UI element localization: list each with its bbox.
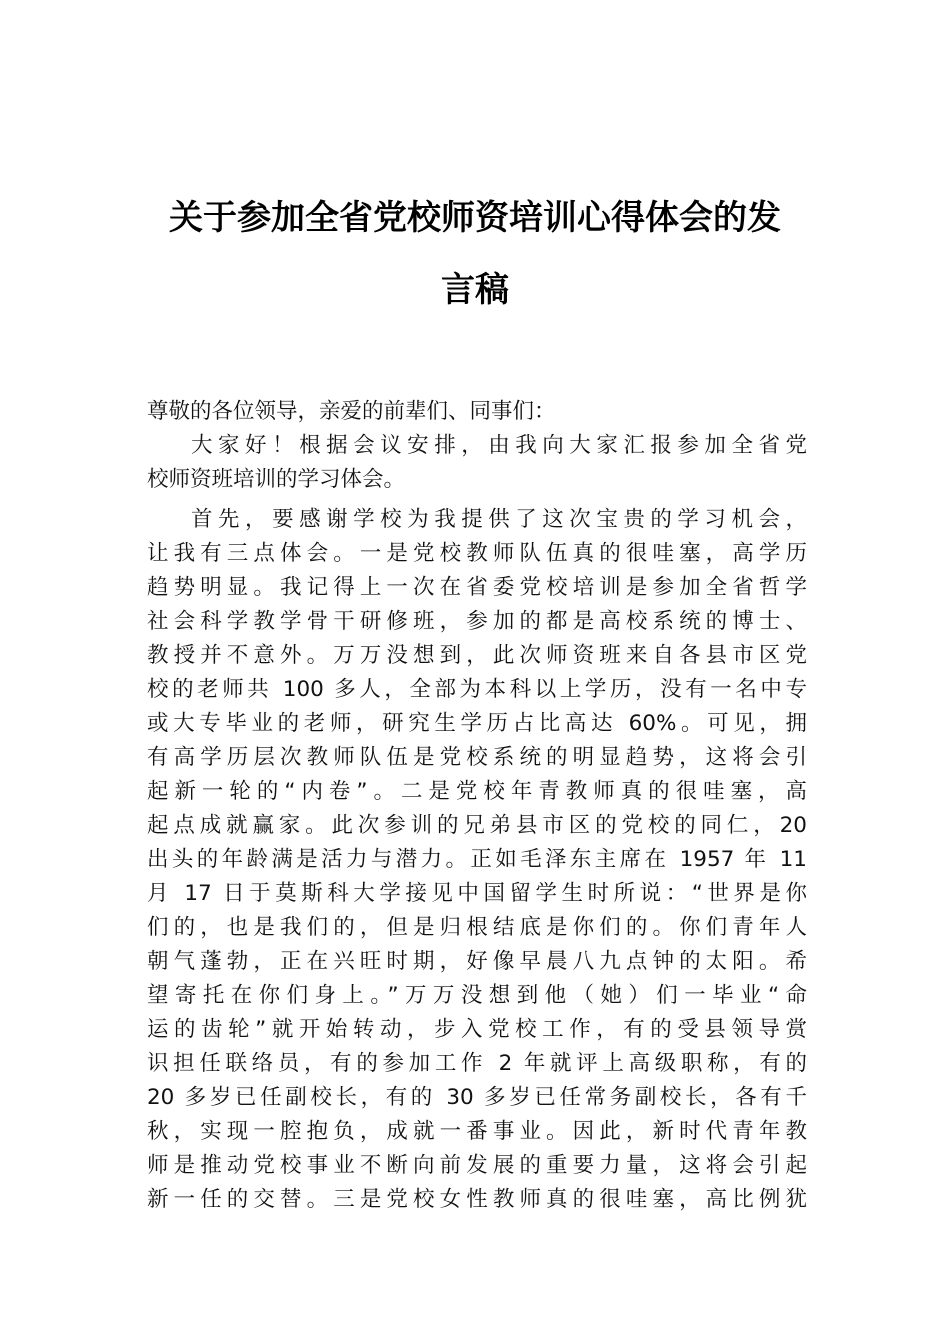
paragraph-2-line-16: 运的齿轮”就开始转动，步入党校工作，有的受县领导赏 xyxy=(147,1015,807,1045)
paragraph-2-line-7: 或大专毕业的老师，研究生学历占比高达 60%。可见，拥 xyxy=(147,709,807,739)
paragraph-2-line-19: 秋，实现一腔抱负，成就一番事业。因此，新时代青年教 xyxy=(147,1117,807,1147)
paragraph-2-line-1: 首先，要感谢学校为我提供了这次宝贵的学习机会， xyxy=(191,505,807,535)
paragraph-2-line-11: 出头的年龄满是活力与潜力。正如毛泽东主席在 1957 年 11 xyxy=(147,845,807,875)
paragraph-2-line-13: 们的，也是我们的，但是归根结底是你们的。你们青年人 xyxy=(147,913,807,943)
paragraph-2-line-4: 社会科学教学骨干研修班，参加的都是高校系统的博士、 xyxy=(147,607,807,637)
paragraph-2-line-15: 望寄托在你们身上。”万万没想到他（她）们一毕业“命 xyxy=(147,981,807,1011)
salutation: 尊敬的各位领导，亲爱的前辈们、同事们： xyxy=(147,397,807,427)
paragraph-2-line-21: 新一任的交替。三是党校女性教师真的很哇塞，高比例犹 xyxy=(147,1185,807,1215)
document-title-line-2: 言稿 xyxy=(0,270,950,310)
paragraph-2-line-3: 趋势明显。我记得上一次在省委党校培训是参加全省哲学 xyxy=(147,573,807,603)
paragraph-2-line-18: 20 多岁已任副校长，有的 30 多岁已任常务副校长，各有千 xyxy=(147,1083,807,1113)
paragraph-2-line-14: 朝气蓬勃，正在兴旺时期，好像早晨八九点钟的太阳。希 xyxy=(147,947,807,977)
paragraph-1-line-2: 校师资班培训的学习体会。 xyxy=(147,465,807,495)
paragraph-2-line-2: 让我有三点体会。一是党校教师队伍真的很哇塞，高学历 xyxy=(147,539,807,569)
paragraph-2-line-6: 校的老师共 100 多人，全部为本科以上学历，没有一名中专 xyxy=(147,675,807,705)
paragraph-2-line-17: 识担任联络员，有的参加工作 2 年就评上高级职称，有的 xyxy=(147,1049,807,1079)
document-page: 关于参加全省党校师资培训心得体会的发 言稿 尊敬的各位领导，亲爱的前辈们、同事们… xyxy=(0,0,950,1344)
paragraph-2-line-12: 月 17 日于莫斯科大学接见中国留学生时所说：“世界是你 xyxy=(147,879,807,909)
document-title-line-1: 关于参加全省党校师资培训心得体会的发 xyxy=(0,198,950,238)
paragraph-2-line-8: 有高学历层次教师队伍是党校系统的明显趋势，这将会引 xyxy=(147,743,807,773)
paragraph-2-line-5: 教授并不意外。万万没想到，此次师资班来自各县市区党 xyxy=(147,641,807,671)
paragraph-2-line-20: 师是推动党校事业不断向前发展的重要力量，这将会引起 xyxy=(147,1151,807,1181)
paragraph-1-line-1: 大家好！根据会议安排，由我向大家汇报参加全省党 xyxy=(191,431,807,461)
paragraph-2-line-9: 起新一轮的“内卷”。二是党校年青教师真的很哇塞，高 xyxy=(147,777,807,807)
paragraph-2-line-10: 起点成就赢家。此次参训的兄弟县市区的党校的同仁，20 xyxy=(147,811,807,841)
